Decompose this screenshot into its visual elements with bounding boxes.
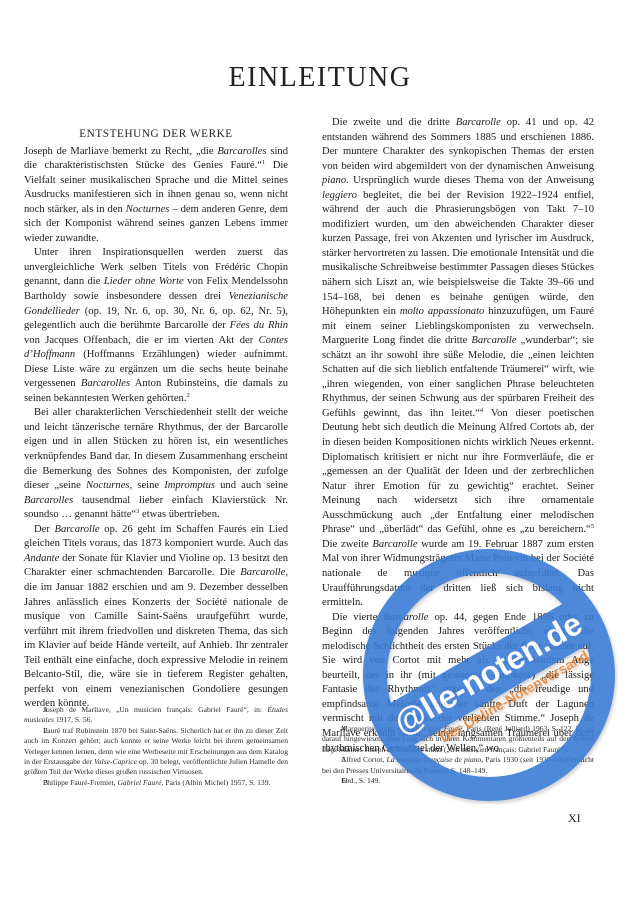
page-title: EINLEITUNG: [0, 62, 640, 94]
footnote: 2Fauré traf Rubinstein 1870 bei Saint-Sa…: [24, 726, 288, 778]
paragraph: Der Barcarolle op. 26 geht im Schaffen F…: [24, 523, 288, 712]
footnotes-left: 1Joseph de Marliave, „Un musicien frança…: [24, 705, 288, 788]
paragraph: Joseph de Marliave bemerkt zu Recht, „di…: [24, 145, 288, 247]
footnote: 6Ebd., S. 149.: [322, 776, 594, 786]
section-heading: ENTSTEHUNG DER WERKE: [24, 127, 288, 142]
right-column: Die zweite und die dritte Barcarolle op.…: [322, 116, 594, 756]
paragraph: Unter ihren Inspirationsquellen werden z…: [24, 246, 288, 406]
footnote: 3Philippe Fauré-Fremiet, Gabriel Fauré, …: [24, 778, 288, 788]
left-column: ENTSTEHUNG DER WERKE Joseph de Marliave …: [24, 118, 288, 712]
footnote: 1Joseph de Marliave, „Un musicien frança…: [24, 705, 288, 726]
footnotes-right: 4Marguerite Long, Au piano avec Fauré, P…: [322, 724, 594, 786]
footnote: 5Alfred Cortot, La musique française de …: [322, 755, 594, 776]
page-number: XI: [568, 811, 581, 826]
paragraph: Bei aller charakterlichen Verschiedenhei…: [24, 406, 288, 522]
paragraph: Die zweite und die dritte Barcarolle op.…: [322, 116, 594, 611]
footnote: 4Marguerite Long, Au piano avec Fauré, P…: [322, 724, 594, 755]
